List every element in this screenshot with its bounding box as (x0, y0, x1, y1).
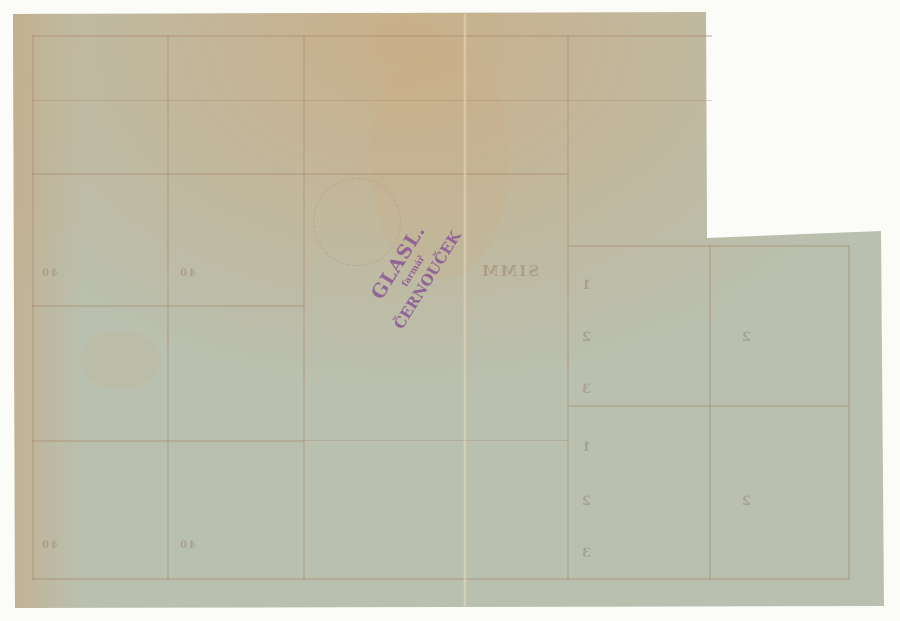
grid-line (569, 405, 849, 407)
grid-line (709, 245, 711, 580)
grid-line (32, 173, 567, 175)
bleed-label: 40 (40, 540, 58, 551)
bleed-number: 3 (580, 382, 591, 397)
grid-line (567, 35, 569, 580)
grid-line (167, 35, 169, 580)
bleed-number: 2 (740, 494, 751, 509)
bleed-number: 2 (740, 330, 751, 345)
grid-line (305, 440, 567, 441)
grid-line (32, 35, 712, 37)
bleed-label: 40 (178, 540, 196, 551)
bleed-label: 40 (178, 268, 196, 279)
grid-line (32, 440, 304, 442)
bleed-label: 40 (40, 268, 58, 279)
grid-line (303, 35, 305, 580)
grid-line (32, 305, 304, 307)
grid-line (848, 245, 850, 580)
bleed-number: 1 (580, 278, 591, 293)
grid-line (32, 35, 34, 580)
bleed-number: 1 (580, 440, 591, 455)
grid-line (32, 578, 849, 580)
grid-line (32, 100, 712, 101)
bleed-number: 2 (580, 494, 591, 509)
ration-card-back: 1 2 3 1 2 3 2 2 40 40 40 40 SIMM GLASL. … (0, 0, 900, 621)
bleed-number: 2 (580, 330, 591, 345)
bleed-number: 3 (580, 546, 591, 561)
